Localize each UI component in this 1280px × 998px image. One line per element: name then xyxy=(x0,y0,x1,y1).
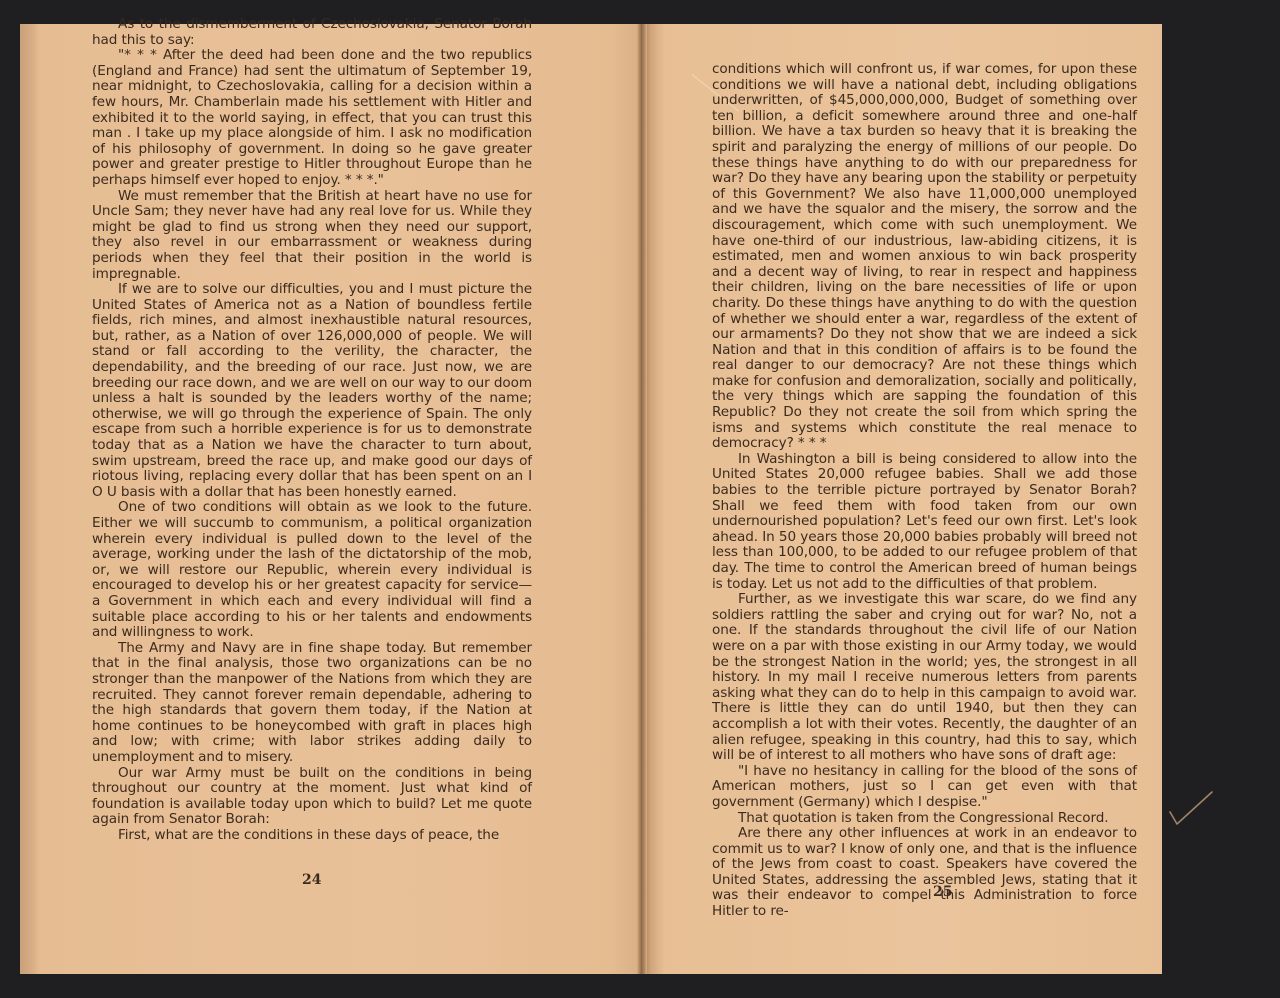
book-gutter xyxy=(637,24,647,974)
quotation: "I have no hesitancy in calling for the … xyxy=(712,764,1137,811)
right-page-body: conditions which will confront us, if wa… xyxy=(712,62,1137,920)
paragraph: One of two conditions will obtain as we … xyxy=(92,500,532,640)
paragraph: "* * * After the deed had been done and … xyxy=(92,48,532,188)
paragraph: conditions which will confront us, if wa… xyxy=(712,62,1137,452)
paragraph: We must remember that the British at hea… xyxy=(92,189,532,283)
paragraph: The Army and Navy are in fine shape toda… xyxy=(92,641,532,766)
paragraph: In Washington a bill is being considered… xyxy=(712,452,1137,592)
paragraph: First, what are the conditions in these … xyxy=(92,828,532,844)
paragraph: Further, as we investigate this war scar… xyxy=(712,592,1137,764)
paragraph: Are there any other influences at work i… xyxy=(712,826,1137,920)
page-number-right: 25 xyxy=(933,884,952,900)
checkmark-icon xyxy=(1168,790,1214,830)
left-page-body: As to the dismemberment of Czechoslovaki… xyxy=(92,17,532,843)
paragraph: As to the dismemberment of Czechoslovaki… xyxy=(92,17,532,48)
page-number-left: 24 xyxy=(302,872,321,888)
paragraph: Our war Army must be built on the condit… xyxy=(92,766,532,828)
paragraph: If we are to solve our difficulties, you… xyxy=(92,282,532,500)
paragraph: That quotation is taken from the Congres… xyxy=(712,811,1137,827)
